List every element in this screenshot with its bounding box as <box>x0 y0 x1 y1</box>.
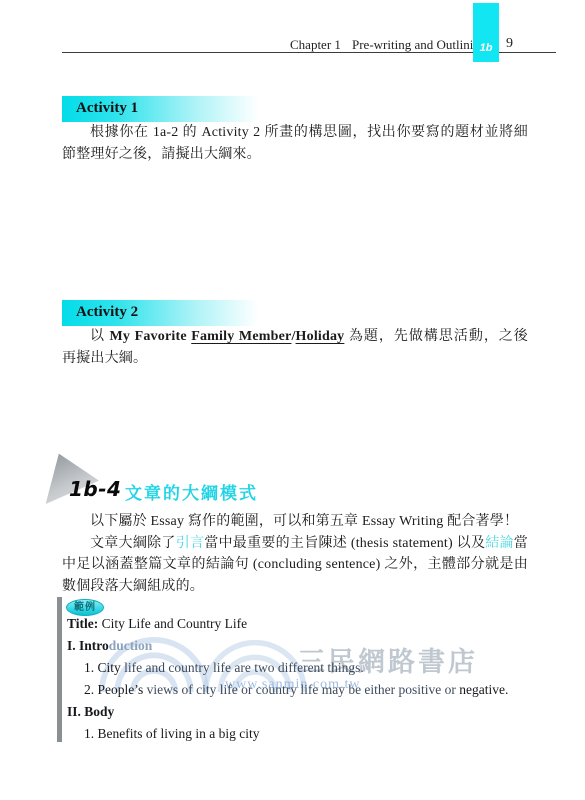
running-header-title: Pre-writing and Outlining <box>352 37 486 53</box>
section-number: 1b-4 <box>69 477 121 501</box>
outline-item-3-text: 1. Benefits of living in a big city <box>84 726 259 741</box>
outline-heading-2-text: II. Body <box>67 704 114 719</box>
outline-heading-1: I. Introduction <box>67 635 553 657</box>
outline-heading-1-faded: duction <box>109 638 153 653</box>
activity1-paragraph: 根據你在 1a-2 的 Activity 2 所畫的構思圖，找出你要寫的題材並將… <box>62 122 528 165</box>
activity2-title: Activity 2 <box>62 300 258 325</box>
para2-part-b: 當中最重要的主旨陳述 (thesis statement) 以及 <box>204 536 485 551</box>
activity2-topic-underline-2: Holiday <box>296 329 345 344</box>
para2-part-a: 文章大綱除了 <box>90 536 176 551</box>
activity2-prefix: 以 <box>90 329 110 344</box>
section-title: 文章的大綱模式 <box>125 479 258 504</box>
outline-item-1-lead: 1. City <box>84 660 124 675</box>
outline-heading-2: II. Body <box>67 701 553 723</box>
outline-heading-1-main: I. Intro <box>67 638 109 653</box>
outline-item-1-rest: life and country life are two different … <box>124 660 364 675</box>
activity1-title: Activity 1 <box>62 96 258 121</box>
section-tab-1b: 1b <box>473 3 499 62</box>
page-number: 9 <box>506 36 513 52</box>
book-page: Chapter 1 Pre-writing and Outlining 1b 9… <box>0 0 585 800</box>
outline-item-2-mid: views of city life or country life may b… <box>147 682 460 697</box>
example-badge: 範例 <box>66 599 104 616</box>
activity1-band: Activity 1 <box>62 96 258 122</box>
keyword-conclusion: 結論 <box>485 536 514 551</box>
chapter-label: Chapter 1 <box>290 37 341 53</box>
section-paragraph-2: 文章大綱除了引言當中最重要的主旨陳述 (thesis statement) 以及… <box>62 533 528 598</box>
outline-item-2: 2. People’s views of city life or countr… <box>67 679 553 701</box>
outline-item-2-lead: 2. People’s <box>84 682 147 697</box>
section-intro: 以下屬於 Essay 寫作的範圍，可以和第五章 Essay Writing 配合… <box>62 511 528 597</box>
keyword-introduction: 引言 <box>176 536 205 551</box>
outline-item-2-end: negative. <box>459 682 508 697</box>
outline-title-label: Title: <box>67 616 98 631</box>
activity2-band: Activity 2 <box>62 300 258 326</box>
outline-title-text: City Life and Country Life <box>98 616 247 631</box>
outline-item-1: 1. City life and country life are two di… <box>67 657 553 679</box>
activity1-text: 根據你在 1a-2 的 Activity 2 所畫的構思圖，找出你要寫的題材並將… <box>62 122 528 165</box>
activity2-paragraph: 以 My Favorite Family Member/Holiday 為題，先… <box>62 326 528 369</box>
outline-item-3: 1. Benefits of living in a big city <box>67 723 553 745</box>
activity2-topic-bold: My Favorite <box>110 329 192 344</box>
section-tab-label: 1b <box>473 42 499 54</box>
example-outline: Title: City Life and Country Life I. Int… <box>67 613 553 745</box>
section-paragraph-1: 以下屬於 Essay 寫作的範圍，可以和第五章 Essay Writing 配合… <box>62 511 528 533</box>
activity2-topic-underline-1: Family Member <box>191 329 291 344</box>
example-side-bar <box>57 597 62 742</box>
outline-title-line: Title: City Life and Country Life <box>67 613 553 635</box>
